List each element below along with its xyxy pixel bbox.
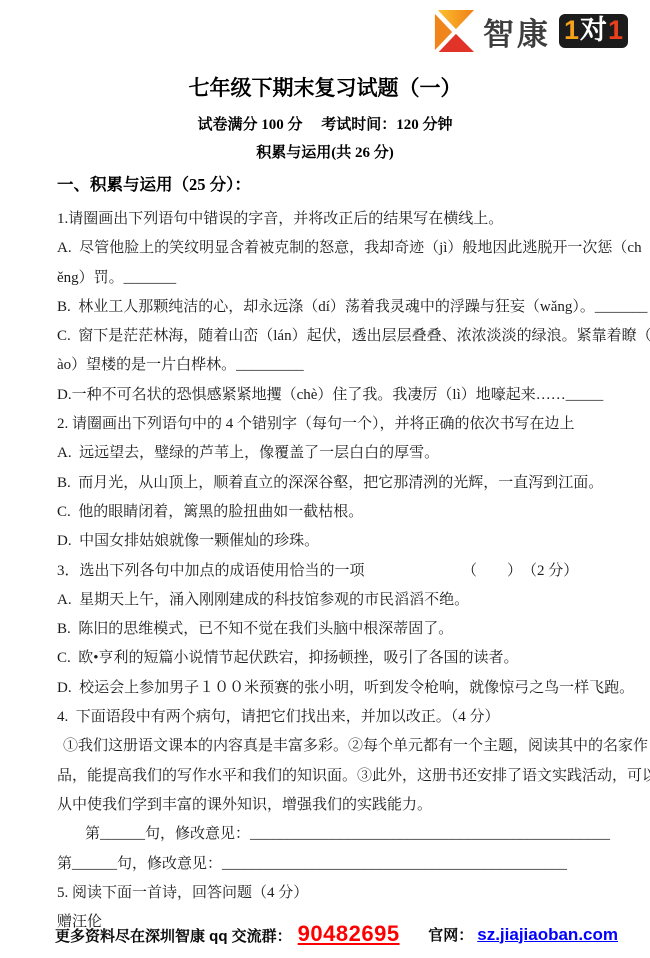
qq-number-link[interactable]: 90482695 <box>298 921 400 947</box>
exam-text-line: 3．选出下列各句中加点的成语使用恰当的一项 （ ） （2 分） <box>57 557 637 586</box>
exam-text-line: D.一种不可名状的恐惧感紧紧地攫（chè）住了我。我凄厉（lì）地嚎起来……__… <box>57 381 637 410</box>
doc-footer: 更多资料尽在深圳智康 qq 交流群： 90482695 官网： sz.jiaji… <box>0 918 650 950</box>
badge-digit-left: 1 <box>564 17 579 44</box>
exam-text-line: D. 校运会上参加男子１００米预赛的张小明，听到发令枪响，就像惊弓之鸟一样飞跑。 <box>57 674 637 703</box>
exam-text-line: 品，能提高我们的写作水平和我们的知识面。③此外，这册书还安排了语文实践活动，可以 <box>57 762 637 791</box>
footer-website: 官网： sz.jiajiaoban.com <box>428 924 618 945</box>
exam-text-line: ①我们这册语文课本的内容真是丰富多彩。②每个单元都有一个主题，阅读其中的名家作 <box>57 732 637 761</box>
exam-paper-page: 智康 1对1 七年级下期末复习试题（一） 试卷满分 100 分 考试时间：120… <box>0 0 650 958</box>
qq-group-label: 更多资料尽在深圳智康 qq 交流群： <box>55 925 292 946</box>
exam-text-line: C. 他的眼睛闭着，篱黑的脸扭曲如一截枯根。 <box>57 498 637 527</box>
exam-text-line: B. 林业工人那颗纯洁的心，却永远涤（dí）荡着我灵魂中的浮躁与狂妄（wǎng）… <box>57 293 637 322</box>
exam-text-line: A. 尽管他脸上的笑纹明显含着被克制的怒意，我却奇迹（jì）般地因此逃脱开一次惩… <box>57 234 637 263</box>
footer-qq-group: 更多资料尽在深圳智康 qq 交流群： 90482695 <box>55 921 400 947</box>
zhikang-triangles-icon <box>433 8 475 54</box>
website-label: 官网： <box>428 924 473 945</box>
exam-text-line: D. 中国女排姑娘就像一颗催灿的珍珠。 <box>57 527 637 556</box>
exam-text-line: C. 窗下是茫茫林海，随着山峦（lán）起伏，透出层层叠叠、浓浓淡淡的绿浪。紧靠… <box>57 322 637 351</box>
exam-text-line: B. 而月光，从山顶上，顺着直立的深深谷壑，把它那清洌的光辉，一直泻到江面。 <box>57 469 637 498</box>
exam-text-line: ěng）罚。_______ <box>57 264 637 293</box>
badge-dui-char: 对 <box>579 17 608 44</box>
exam-text-line: 5. 阅读下面一首诗，回答问题（4 分） <box>57 879 637 908</box>
exam-text-line: 2. 请圈画出下列语句中的 4 个错别字（每句一个），并将正确的依次书写在边上 <box>57 410 637 439</box>
zhikang-logo: 智康 1对1 <box>433 8 628 54</box>
badge-digit-right: 1 <box>608 17 623 44</box>
brand-name: 智康 <box>483 9 551 54</box>
exam-meta-line: 试卷满分 100 分 考试时间：120 分钟 <box>0 113 650 134</box>
one-on-one-badge: 1对1 <box>559 14 628 48</box>
section-heading: 一、积累与运用（25 分）： <box>57 170 637 200</box>
exam-body: 一、积累与运用（25 分）： 1.请圈画出下列语句中错误的字音，并将改正后的结果… <box>57 170 637 937</box>
answer-blank-line: 第______句，修改意见：__________________________… <box>57 850 637 879</box>
exam-text-line: B. 陈旧的思维模式，已不知不觉在我们头脑中根深蒂固了。 <box>57 615 637 644</box>
exam-text-line: ào）望楼的是一片白桦林。_________ <box>57 351 637 380</box>
answer-blank-line: 第______句，修改意见：__________________________… <box>57 820 637 849</box>
exam-text-line: C. 欧•亨利的短篇小说情节起伏跌宕，抑扬顿挫，吸引了各国的读者。 <box>57 644 637 673</box>
exam-title: 七年级下期末复习试题（一） <box>0 72 650 102</box>
exam-text-line: A. 远远望去，璧绿的芦苇上，像覆盖了一层白白的厚雪。 <box>57 439 637 468</box>
exam-section-subtitle: 积累与运用(共 26 分) <box>0 141 650 162</box>
exam-text-line: 1.请圈画出下列语句中错误的字音，并将改正后的结果写在横线上。 <box>57 205 637 234</box>
exam-text-line: A. 星期天上午，涌入刚刚建成的科技馆参观的市民滔滔不绝。 <box>57 586 637 615</box>
exam-text-line: 4. 下面语段中有两个病句，请把它们找出来，并加以改正。（4 分） <box>57 703 637 732</box>
exam-text-line: 从中使我们学到丰富的课外知识，增强我们的实践能力。 <box>57 791 637 820</box>
website-link[interactable]: sz.jiajiaoban.com <box>477 925 618 945</box>
